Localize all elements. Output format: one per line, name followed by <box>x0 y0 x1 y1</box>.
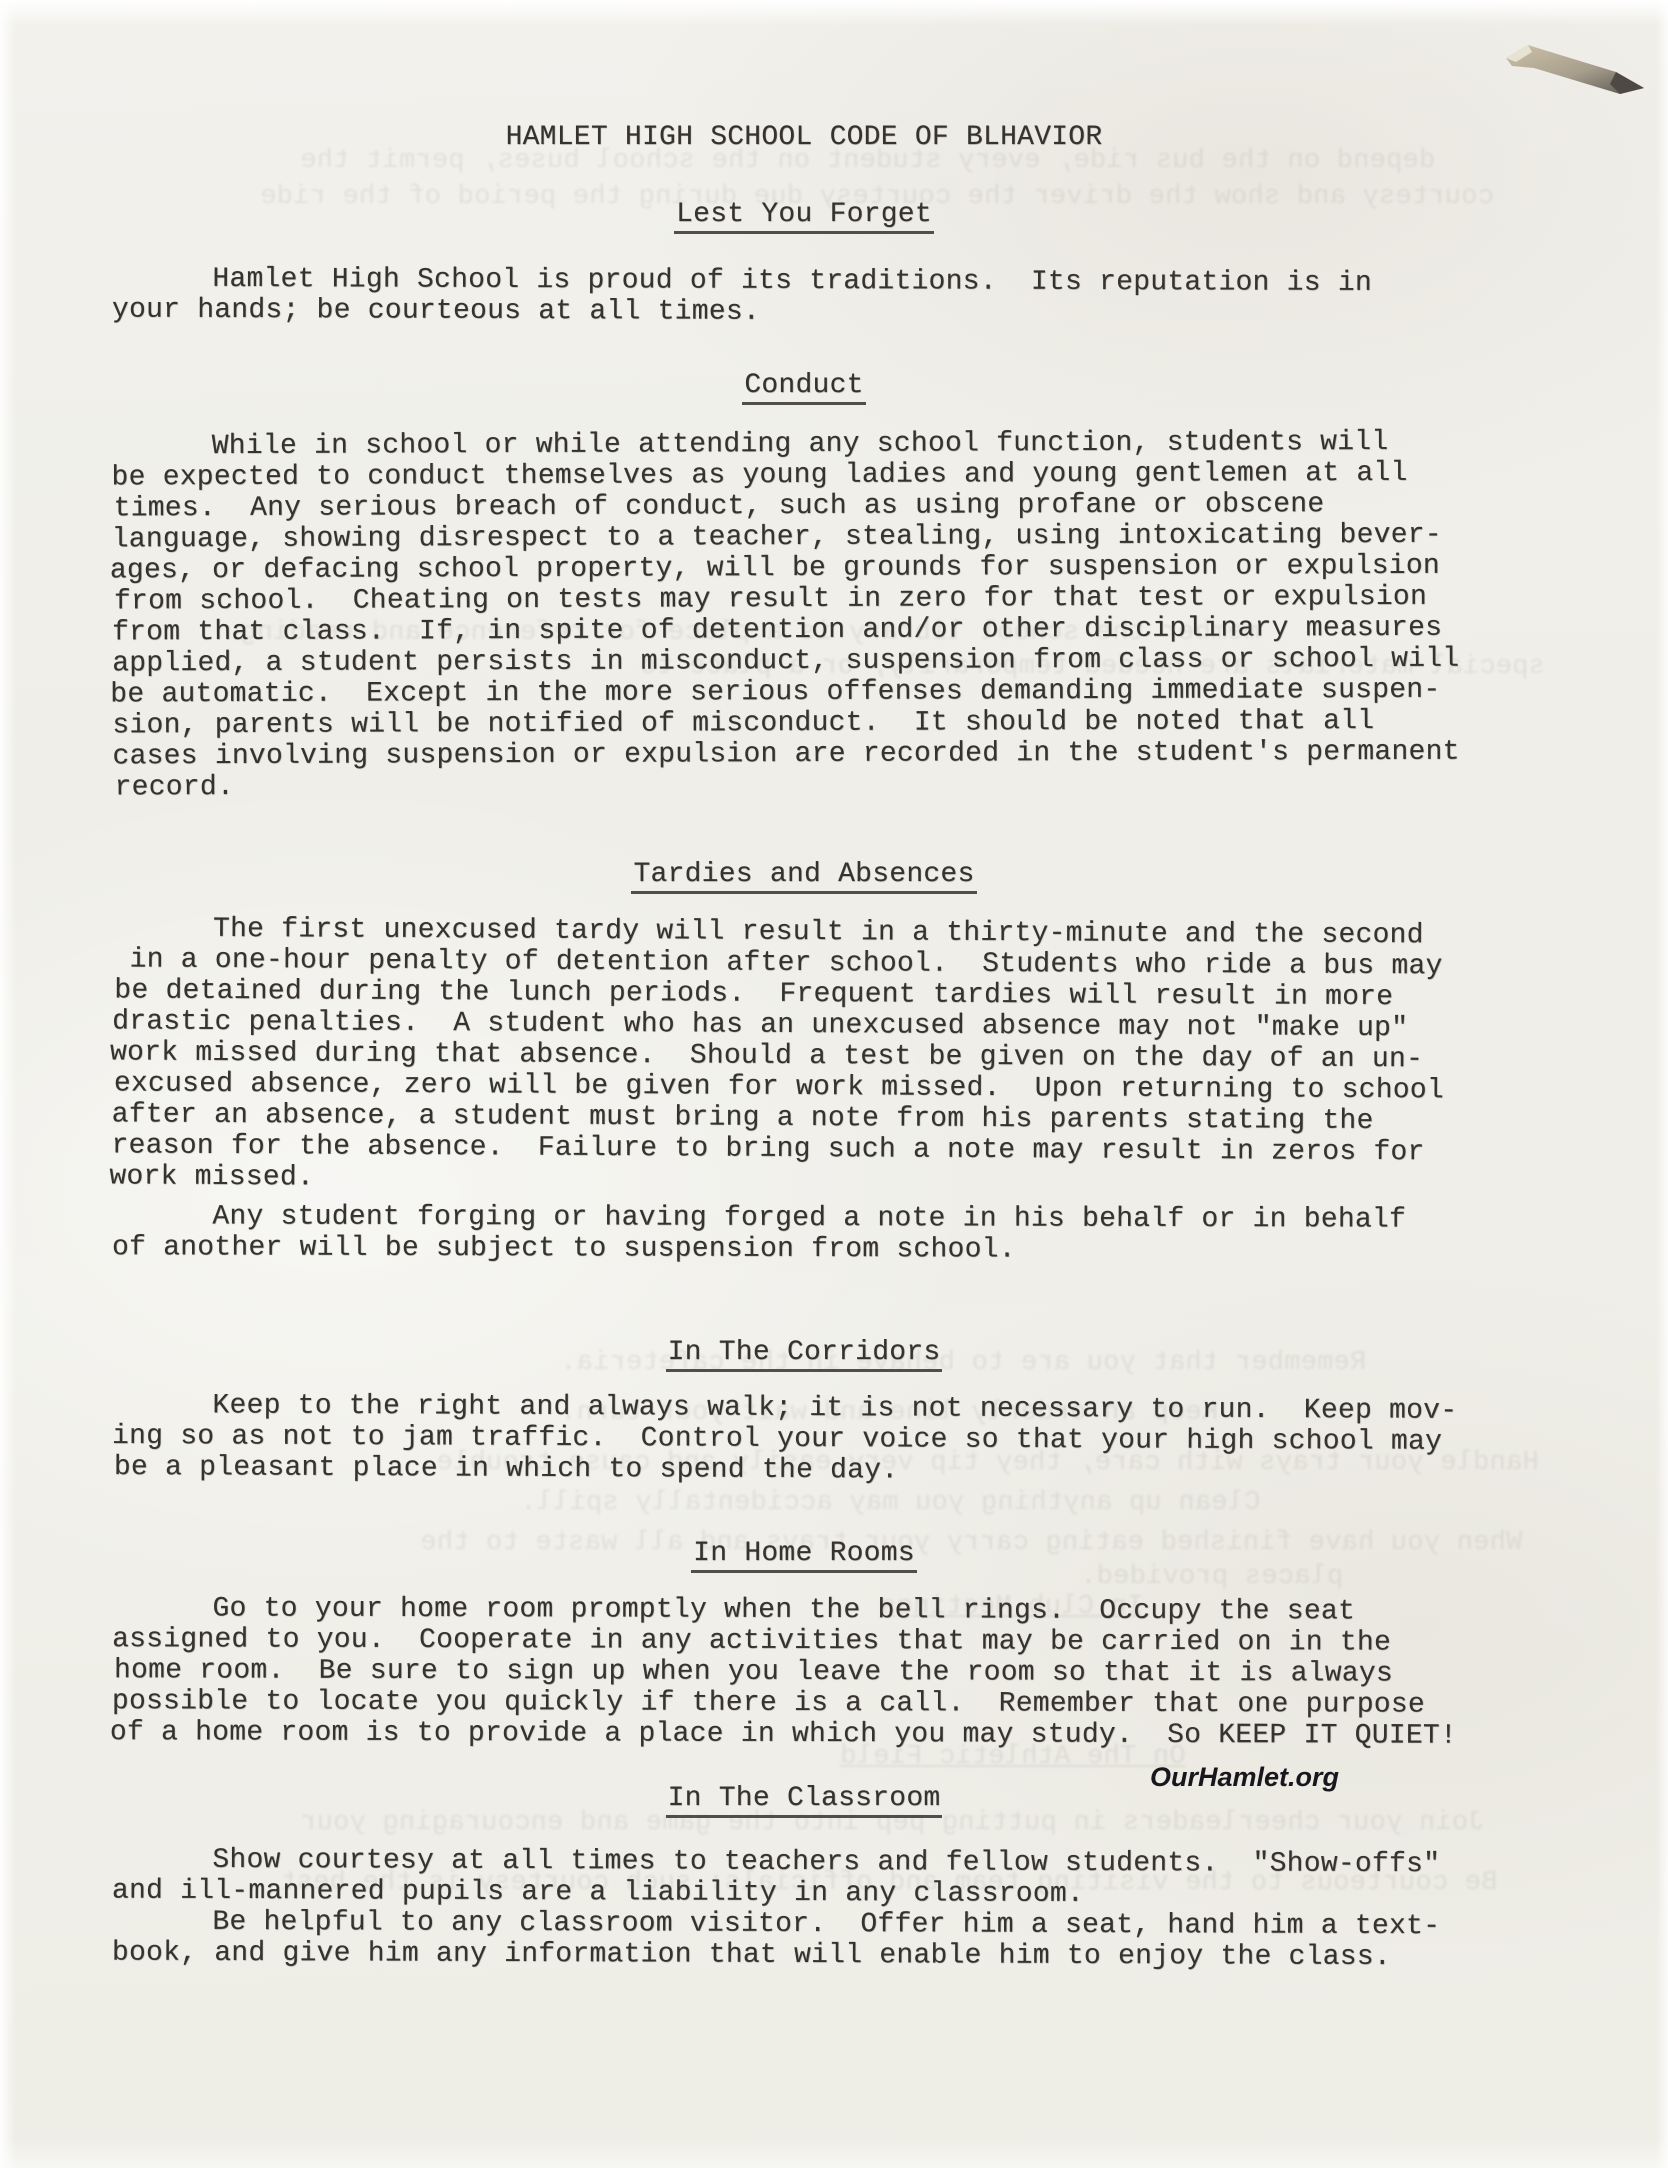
section-heading: Lest You Forget <box>112 199 1496 234</box>
text-line: be a pleasant place in which to spend th… <box>114 1452 1498 1489</box>
section-heading-text: Lest You Forget <box>674 199 934 234</box>
text-line: cases involving suspension or expulsion … <box>112 737 1496 773</box>
text-line: from that class. If, in spite of detenti… <box>112 613 1496 649</box>
paragraph: Be helpful to any classroom visitor. Off… <box>112 1907 1496 1974</box>
text-line: language, showing disrespect to a teache… <box>112 520 1496 556</box>
section-heading-text: In The Corridors <box>666 1337 943 1372</box>
text-line: Be helpful to any classroom visitor. Off… <box>110 1907 1494 1943</box>
paragraph: Keep to the right and always walk; it is… <box>112 1390 1496 1489</box>
scanned-page: depend on the bus ride, every student on… <box>0 0 1668 2168</box>
text-line: While in school or while attending any s… <box>109 427 1493 463</box>
text-line: Show courtesy at all times to teachers a… <box>110 1845 1494 1881</box>
paragraph: The first unexcused tardy will result in… <box>111 913 1496 1199</box>
section-heading-text: In Home Rooms <box>691 1538 917 1573</box>
section-in-the-classroom: In The Classroom Show courtesy at all ti… <box>112 1783 1496 1971</box>
corner-mark-artifact <box>1498 28 1654 109</box>
document-title: HAMLET HIGH SCHOOL CODE OF BLHAVIOR <box>112 122 1496 153</box>
text-line: Go to your home room promptly when the b… <box>110 1593 1494 1628</box>
section-lest-you-forget: Lest You Forget Hamlet High School is pr… <box>112 199 1496 328</box>
paragraph: Go to your home room promptly when the b… <box>112 1593 1496 1752</box>
text-line: times. Any serious breach of conduct, su… <box>114 489 1498 525</box>
text-line: of a home room is to provide a place in … <box>110 1717 1494 1752</box>
paragraph: Any student forging or having forged a n… <box>112 1201 1496 1267</box>
section-tardies-and-absences: Tardies and Absences The first unexcused… <box>112 859 1496 1265</box>
text-line: your hands; be courteous at all times. <box>112 295 1496 331</box>
paragraph: While in school or while attending any s… <box>111 427 1496 804</box>
sections-container: Lest You Forget Hamlet High School is pr… <box>112 199 1496 1971</box>
watermark: OurHamlet.org <box>1150 1762 1339 1793</box>
text-line: ages, or defacing school property, will … <box>110 551 1494 587</box>
text-line: record. <box>115 768 1499 804</box>
text-line: of another will be subject to suspension… <box>112 1232 1496 1267</box>
text-line: possible to locate you quickly if there … <box>112 1686 1496 1721</box>
paragraph: Show courtesy at all times to teachers a… <box>112 1845 1496 1912</box>
text-line: and ill-mannered pupils are a liability … <box>112 1876 1496 1912</box>
section-heading-text: Conduct <box>742 370 865 405</box>
text-line: from school. Cheating on tests may resul… <box>114 582 1498 618</box>
paragraph: Hamlet High School is proud of its tradi… <box>112 264 1496 331</box>
text-line: be automatic. Except in the more serious… <box>110 675 1494 711</box>
text-line: assigned to you. Cooperate in any activi… <box>112 1624 1496 1659</box>
document-content: HAMLET HIGH SCHOOL CODE OF BLHAVIOR Lest… <box>112 0 1496 1971</box>
section-in-home-rooms: In Home Rooms Go to your home room promp… <box>112 1538 1496 1750</box>
section-heading-text: In The Classroom <box>666 1783 943 1818</box>
text-line: Keep to the right and always walk; it is… <box>110 1390 1494 1427</box>
text-line: work missed. <box>109 1161 1493 1199</box>
text-line: Any student forging or having forged a n… <box>110 1201 1494 1236</box>
section-conduct: Conduct While in school or while attendi… <box>112 370 1496 801</box>
section-heading-text: Tardies and Absences <box>631 859 976 894</box>
section-heading: In Home Rooms <box>112 1538 1496 1573</box>
section-in-the-corridors: In The Corridors Keep to the right and a… <box>112 1337 1496 1486</box>
section-heading: Conduct <box>112 370 1496 405</box>
text-line: be expected to conduct themselves as you… <box>111 458 1495 494</box>
text-line: Hamlet High School is proud of its tradi… <box>110 264 1494 300</box>
text-line: sion, parents will be notified of miscon… <box>112 706 1496 742</box>
text-line: home room. Be sure to sign up when you l… <box>114 1655 1498 1690</box>
section-heading: In The Corridors <box>112 1337 1496 1372</box>
text-line: book, and give him any information that … <box>112 1938 1496 1974</box>
text-line: applied, a student persists in misconduc… <box>112 644 1496 680</box>
section-heading: Tardies and Absences <box>112 859 1496 894</box>
